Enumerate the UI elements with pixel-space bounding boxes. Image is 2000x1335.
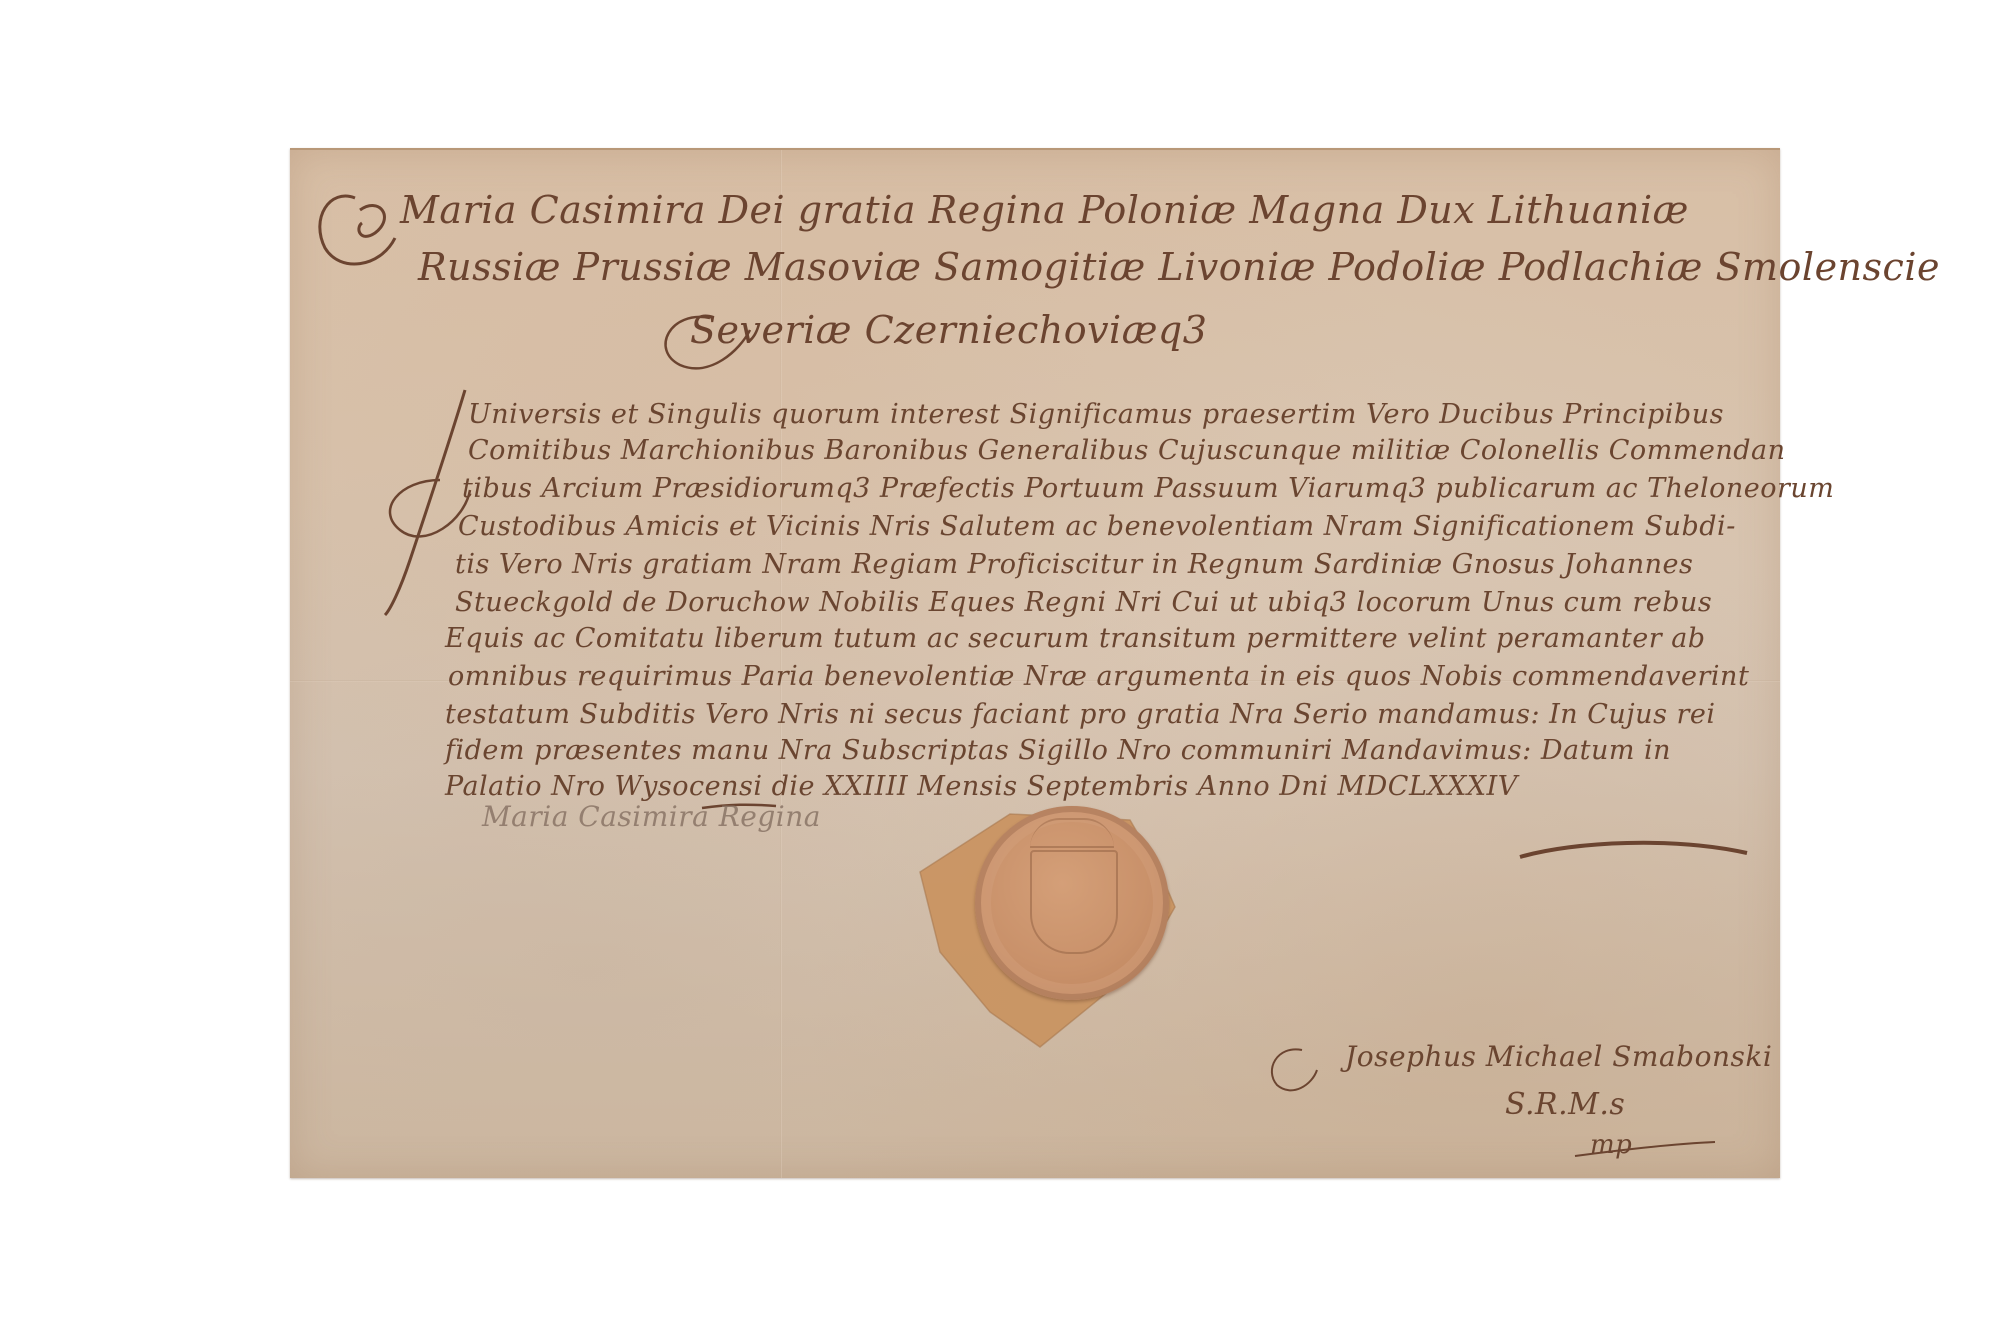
body-line-8: omnibus requirimus Paria benevolentiæ Nr… xyxy=(448,660,1749,694)
closing-flourish-line xyxy=(1515,835,1755,865)
body-line-11: Palatio Nro Wysocensi die XXIIII Mensis … xyxy=(445,770,1518,804)
countersignature-name: Josephus Michael Smabonski xyxy=(1345,1040,1772,1074)
royal-signature: Maria Casimira Regina xyxy=(482,800,821,834)
heading-line-2: Russiæ Prussiæ Masoviæ Samogitiæ Livoniæ… xyxy=(418,245,1940,289)
body-line-7: Equis ac Comitatu liberum tutum ac secur… xyxy=(445,622,1706,656)
countersignature-underline xyxy=(1570,1132,1720,1162)
countersignature-flourish-icon xyxy=(1262,1040,1322,1100)
heading-line-3: Severiæ Czerniechoviæq3 xyxy=(690,308,1207,352)
body-line-5: tis Vero Nris gratiam Nram Regiam Profic… xyxy=(455,548,1693,582)
body-line-4: Custodibus Amicis et Vicinis Nris Salute… xyxy=(458,510,1736,544)
body-line-3: tibus Arcium Præsidiorumq3 Præfectis Por… xyxy=(462,472,1834,506)
body-line-2: Comitibus Marchionibus Baronibus General… xyxy=(468,434,1786,468)
body-line-1: Universis et Singulis quorum interest Si… xyxy=(468,398,1724,432)
heading-swirl-icon xyxy=(640,310,760,390)
body-line-10: fidem præsentes manu Nra Subscriptas Sig… xyxy=(445,734,1671,768)
body-line-6: Stueckgold de Doruchow Nobilis Eques Reg… xyxy=(455,586,1712,620)
countersignature-title: S.R.M.s xyxy=(1505,1088,1625,1122)
body-line-9: testatum Subditis Vero Nris ni secus fac… xyxy=(445,698,1716,732)
seal-coat-of-arms-icon xyxy=(1030,850,1118,954)
heading-line-1: Maria Casimira Dei gratia Regina Poloniæ… xyxy=(400,188,1689,232)
